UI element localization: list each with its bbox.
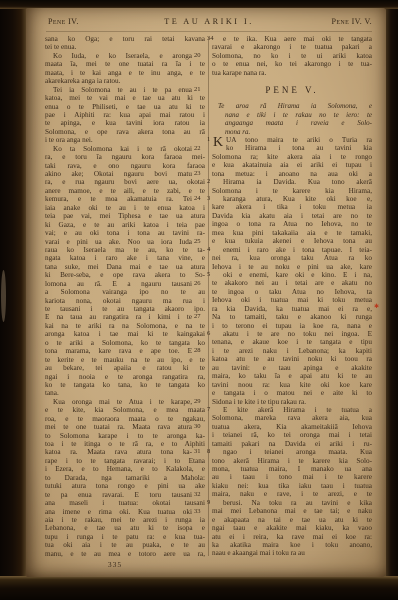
verse-number: 1 (207, 136, 221, 144)
running-head-title: TE AU ARIKI I. (46, 17, 372, 26)
text-line: E kite akerā Hirama i te tuatua a7 (212, 406, 372, 414)
text-line: mei te one tuatai ra. Maata rava atura30 (45, 423, 205, 431)
text-line: e tangata i o matou nei e aite ki to (212, 389, 372, 397)
verse-number: 8 (207, 448, 221, 456)
text-line: kiaku nei: kua tika iaku taau i tuatua (212, 482, 372, 490)
text-line: lomona au rā. E a ngauru tausani26 (45, 280, 205, 288)
text-line: Solomona, mareka rava akera aia, kua (212, 414, 372, 422)
verse-number: 2 (207, 178, 221, 186)
text-line: au bekare, tei apaiia e ratou ki te (45, 364, 205, 372)
text-line: ana imene e rima oki. Kua tuatua oki33 (45, 508, 205, 516)
text-line: Lebanona, e tae ua atu ki te isopa e (45, 524, 205, 532)
text-column-left: sana ko Oga; e toru rai tetai kavanatei … (45, 35, 205, 558)
verse-number: 5 (207, 271, 221, 279)
text-block: sana ko Oga; e toru rai tetai kavanatei … (45, 35, 372, 559)
text-line: maira, ko taku īa e apai atu ki te au (212, 372, 372, 380)
text-line: sana ko Oga; e toru rai tetai kavana (45, 35, 205, 43)
text-line: tenana, e akaue koe i te tangata e tipu (212, 338, 372, 346)
margin-annotation-mark: ✱ (374, 304, 379, 310)
text-line: Na to tamaiti, taku e akanoo ki runga (212, 313, 372, 321)
text-line: nei ra, kua oronga taku Atua ra ko (212, 254, 372, 262)
text-line: Tei ia Solomona te au i te pa enua21 (45, 86, 205, 94)
text-line: ko Hirama i tona au tavini kia (212, 144, 372, 152)
text-line: tua karape nana ra. (212, 69, 372, 77)
text-line: i te arezi naku i Lebanona; ka kapiti (212, 347, 372, 355)
text-line: maira, naku e rave, i te arezi, e te (212, 490, 372, 498)
text-line: i Ezera, e to Hemana, e to Kalakola, e (45, 465, 205, 473)
text-line: teia pae vai, mei Tiphesa e tae ua atura (45, 212, 205, 220)
text-line: kariota nona, okotai ngauru ma rua i (45, 297, 205, 305)
text-line: kai na te ariki ra na Solomona, e na te (45, 322, 205, 330)
photo-dark-edge-bottom (0, 576, 398, 600)
chapter-summary-line: Te aroa rā Hirama ia Solomona, e (212, 102, 372, 110)
text-line: ra, e rua ngauru bovi aere ua, okotai (45, 178, 205, 186)
text-line: naau e akaangai mai i toku ra au (212, 549, 372, 557)
text-line: ko te tangata ko tana, ko te tangata ko (45, 381, 205, 389)
verse-number: 33 (194, 508, 207, 516)
verse-number: 29 (194, 398, 207, 406)
running-head-right: Pene IV. V. (331, 17, 372, 26)
text-line: ngata katoa i raro ake i tana vine, e (45, 254, 205, 262)
text-line: o te enua nei, ko tei akarongo i te tua- (212, 60, 372, 68)
text-line: to Solomona karape i to te aronga ka- (45, 432, 205, 440)
text-line: aia i te rakau, mei te arezi i runga ia (45, 516, 205, 524)
text-line: kare akera i tika i toku metua ia (212, 203, 372, 211)
text-line: enua o te Philiseti, e tae ua atu ki te (45, 103, 205, 111)
text-line: mea kua pini takakaiia aia e te tamaki, (212, 229, 372, 237)
header-rule (46, 31, 372, 32)
text-line: pae i Aiphiti ra: kua apai mai ratou i (45, 111, 205, 119)
text-line: te ingoa o taku Atua no Iehova, ta (212, 288, 372, 296)
verse-number: 27 (194, 313, 207, 321)
text-line: te tausani i te au tangata akaoro ipo. (45, 305, 205, 313)
text-line: tuatua akera, Kia akameitakiiā Iehova (212, 423, 372, 431)
text-line: KUA tono maira te ariki o Turia ra1 (212, 136, 372, 144)
verse-number: 3 (207, 195, 221, 203)
text-line: tana suke, mei Dana mai e tae ua atura (45, 263, 205, 271)
verse-number: 26 (194, 280, 207, 288)
column-divider-rule (208, 37, 209, 556)
photo-dark-edge-right (385, 0, 398, 600)
text-line: e akapaata na tai e tae ua atu ki te (212, 516, 372, 524)
text-line: au i taau i tono mai i te karere (212, 473, 372, 481)
text-line: E na taua au rangatira ra i kimi i te27 (45, 313, 205, 321)
text-line: rape i to te tangata ravarai; i to Etana (45, 457, 205, 465)
text-line: katoa, mei te vai mai e tae ua atu ki te (45, 94, 205, 102)
chapter-heading: PENE V. (212, 85, 372, 96)
text-line: Solomona, e ope rava akera tona au rā (45, 128, 205, 136)
text-line: ingoa o tona ra Atua no Iehova, no te (212, 220, 372, 228)
text-line: tona marama, kare rava e ape toe. E28 (45, 347, 205, 355)
verse-number: 30 (194, 423, 207, 431)
text-line: tona metua: i anoano na aua oki a (212, 170, 372, 178)
text-line: e kua akatainuia aia ei ariki ei tupau i (212, 161, 372, 169)
text-line: toa i te itinga o te rā ra, e to Aiphiti (45, 440, 205, 448)
book-photo: Pene IV. TE AU ARIKI I. Pene IV. V. sana… (0, 0, 398, 600)
text-line: maata īa, mei te one tuatai ra īa i te (45, 60, 205, 68)
verse-number: 9 (207, 499, 221, 507)
verse-number: 31 (194, 448, 207, 456)
text-line: kemura, e te moa akamatuia ra. Tei24 (45, 195, 205, 203)
text-line: Solomona ra; kite akera aia i te rongo (212, 153, 372, 161)
text-line: e te ika. Kua aere mai oki te tangata34 (212, 35, 372, 43)
page-number: 335 (95, 560, 135, 569)
text-line: Iehova oki i tuatua mai ki toku metua (212, 296, 372, 304)
text-line: au tavini: e taau apinga e akakite (212, 364, 372, 372)
text-line: iaia anake oki te au i te enua katoa i (45, 204, 205, 212)
text-line: varai e pini ua ake. Noo ua iora Iuda25 (45, 238, 205, 246)
text-line: ki Gaza, e te au ariki katoa i teia pae (45, 221, 205, 229)
text-line: tua oki aia i te au puaka, e te au (45, 541, 205, 549)
text-line: Sidona i te kite i te tipu rakau ra. (212, 398, 372, 406)
text-line: a Solomona vairanga ipo no te au (45, 288, 205, 296)
text-line: raua ko Iseraela ma te au, ko te ta- (45, 246, 205, 254)
text-line: ngao i teianei aronga maata. Kua8 (212, 448, 372, 456)
text-line: aronga katoa i tae mai ki te kaingakai (45, 330, 205, 338)
text-column-right: e te ika. Kua aere mai oki te tangata34r… (212, 35, 372, 558)
text-line: vai; e au oki tona i tona au tavini ra- (45, 229, 205, 237)
text-line: ki Bere-seba, e ope rava akera to So- (45, 271, 205, 279)
text-line: akarekareka anga ia ratou. (45, 77, 205, 85)
book-page: Pene IV. TE AU ARIKI I. Pene IV. V. sana… (26, 8, 386, 577)
text-line: tamaiti pakari na Davida ei ariki i ru- (212, 440, 372, 448)
text-line: akatu i te are no toku nei ingoa. E6 (212, 330, 372, 338)
verse-number: 20 (194, 52, 207, 60)
text-line: Solomona, no ko i te ui ariki katoa (212, 52, 372, 60)
text-line: Ko ta Solomona kai i te rā okotai22 (45, 145, 205, 153)
text-line: to Darada, nga tamariki a Mahola: (45, 474, 205, 482)
verse-number: 32 (194, 491, 207, 499)
text-line: e kua tukuia akenei e Iehova tona au (212, 237, 372, 245)
verse-number: 6 (207, 330, 221, 338)
text-line: ra kia Davida, ka tuatua mai ei ra e,✱ (212, 305, 372, 313)
chapter-summary-line: angaanga maata i raveia e Solo- (212, 119, 372, 127)
verse-number: 22 (194, 145, 207, 153)
verse-number: 23 (194, 170, 207, 178)
text-line: te pa enua ravarai. E toru tausani32 (45, 491, 205, 499)
text-line: tono akerā Hirama i te karere kia Solo- (212, 457, 372, 465)
text-line: ngai taau e akakite mai kiaku, ka vaoo (212, 524, 372, 532)
text-line: ravarai e akarongo i te tuatua pakari a (212, 43, 372, 51)
verse-number: 24 (194, 195, 207, 203)
text-line: karanga atura, Kua kite oki koe e,3 (212, 195, 372, 203)
text-line: Ko Iuda, e ko Iseraela, e aronga20 (45, 52, 205, 60)
text-line: ra, e toru īa ngauru kora faraoa mei- (45, 153, 205, 161)
verse-number: 21 (194, 86, 207, 94)
chapter-summary-line: nana e tiki i te rakau no te iero: te (212, 111, 372, 119)
text-line: tei te enua. (45, 43, 205, 51)
text-line: berusi. Na toku ra au tavini e kika9 (212, 499, 372, 507)
text-line: anere mamoe, e te aili, e te zabi, e te (45, 187, 205, 195)
running-head: Pene IV. TE AU ARIKI I. Pene IV. V. (46, 17, 372, 29)
text-line: ana maseli i tuatua: okotai tausani (45, 499, 205, 507)
text-line: Davida kia akatu aia i tetai are no te (212, 212, 372, 220)
text-line: ngai i nooia e te aronga rangatira ra, (45, 373, 205, 381)
text-line: akino ake; Okotai ngauru bovi matu23 (45, 170, 205, 178)
text-line: i te ora anga nei. (45, 136, 205, 144)
text-line: tavini noou ra: kua kite oki koe kare (212, 381, 372, 389)
text-line: atu ei i reira, ka rave mai ei koe ra: (212, 533, 372, 541)
text-line: mai mei Lebanona mai e tae tai; e naku (212, 507, 372, 515)
text-line: te apinga, e kua tavini iora ratou ia (45, 119, 205, 127)
text-line: i to terono ei tupau ia koe ra, nana e (212, 322, 372, 330)
text-line: Solomona i te karere kia Hirama, (212, 187, 372, 195)
text-line: oki e enemi, kare oki e kino. E i na,5 (212, 271, 372, 279)
text-line: taki rava, e ono ngauru kora faraoa (45, 162, 205, 170)
chapter-summary-line: mona ra. (212, 128, 372, 136)
text-line: e te kite, kia Solomona, e mea maata (45, 406, 205, 414)
text-line: enemi i raro ake i tona tapuae. I teia-4 (212, 246, 372, 254)
text-line: maata, i te kai anga e te inu anga, e te (45, 69, 205, 77)
text-line: katoa atu te au tavini noku ki toou ra (212, 355, 372, 363)
text-line: tutuki atura tona rongo e pini ua ake (45, 482, 205, 490)
text-line: te kerite e te mauku na te au ipo, e te (45, 356, 205, 364)
text-line: ka akatika maira koe i toku anoano, (212, 541, 372, 549)
text-line: i teianei rā, ko tei oronga mai i tetai (212, 431, 372, 439)
text-line: tana. (45, 389, 205, 397)
verse-number: 7 (207, 406, 221, 414)
text-line: o te ariki a Solomona, ko te tangata ko (45, 339, 205, 347)
text-line: Kua oronga mai te Atua i te karape,29 (45, 398, 205, 406)
text-line: Iehova i te au noku e pini ua ake, kare (212, 263, 372, 271)
text-line: katoa ra. Maata rava atura tona ka-31 (45, 448, 205, 456)
text-line: manu, e te au mea e totoro aere ua ra, (45, 550, 205, 558)
text-line: tupu i runga i te patu ra: e kua tua- (45, 533, 205, 541)
text-line: te akakoro nei au i tetai are e akatu no (212, 279, 372, 287)
text-line: Hirama ia Davida. Kua tono akerā2 (212, 178, 372, 186)
verse-number: 28 (194, 347, 207, 355)
text-line: roa, e te maoraora maata o te ngakau, (45, 415, 205, 423)
verse-number: 25 (194, 238, 207, 246)
verse-number: 34 (207, 35, 221, 43)
page-fore-edge-highlight (1, 270, 6, 322)
text-line: mona, tuatua maira, I manako ua ana (212, 465, 372, 473)
verse-number: 4 (207, 246, 221, 254)
